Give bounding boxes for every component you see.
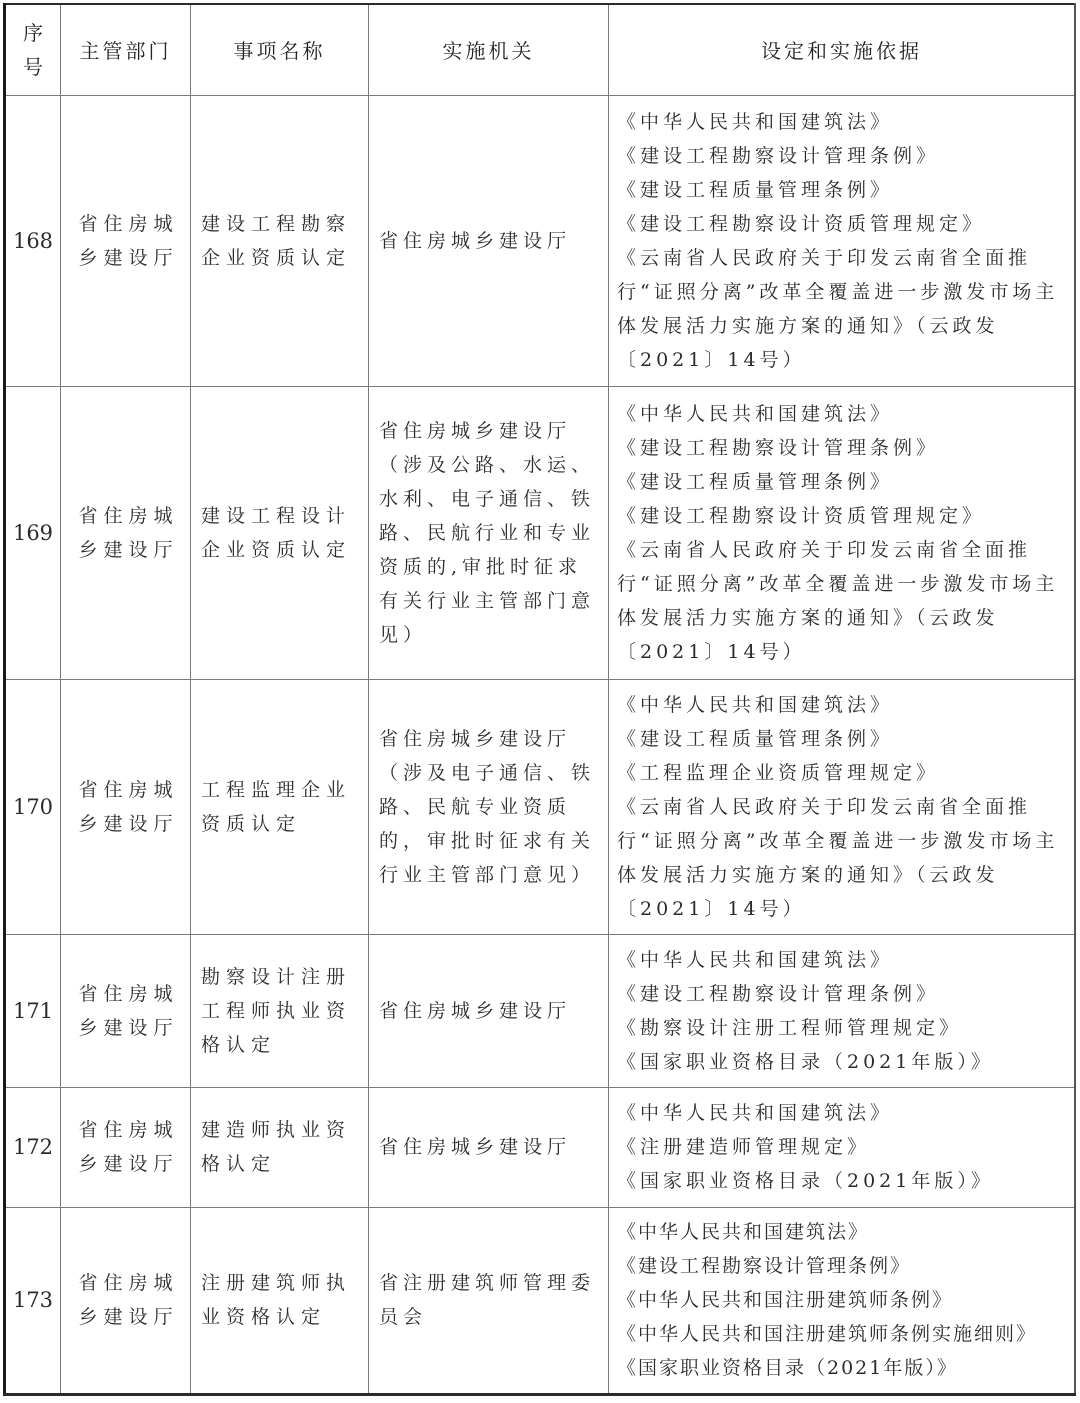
- row-seq: 173: [5, 1207, 61, 1394]
- basis-line: 《建设工程质量管理条例》: [617, 173, 1066, 207]
- org-text: 省住房城乡建设厅: [379, 994, 600, 1028]
- basis-line: 《中华人民共和国注册建筑师条例实施细则》: [617, 1317, 1066, 1351]
- table-row: 173 省住房城乡建设厅 注册建筑师执业资格认定 省注册建筑师管理委员会 《中华…: [5, 1207, 1076, 1394]
- row-dept: 省住房城乡建设厅: [61, 1207, 191, 1394]
- row-item: 注册建筑师执业资格认定: [191, 1207, 369, 1394]
- table-row: 170 省住房城乡建设厅 工程监理企业资质认定 省住房城乡建设厅（涉及电子通信、…: [5, 679, 1076, 934]
- table-row: 171 省住房城乡建设厅 勘察设计注册工程师执业资格认定 省住房城乡建设厅 《中…: [5, 934, 1076, 1087]
- row-org: 省住房城乡建设厅（涉及公路、水运、水利、电子通信、铁路、民航行业和专业资质的,审…: [369, 386, 609, 679]
- row-basis: 《中华人民共和国建筑法》 《建设工程勘察设计管理条例》 《建设工程质量管理条例》…: [609, 95, 1076, 386]
- basis-line: 《国家职业资格目录（2021年版）》: [617, 1351, 1066, 1385]
- dept-text: 省住房城乡建设厅: [67, 1113, 190, 1181]
- item-text: 注册建筑师执业资格认定: [201, 1266, 360, 1334]
- basis-line: 《建设工程勘察设计资质管理规定》: [617, 207, 1066, 241]
- header-seq: 序号: [5, 4, 61, 95]
- basis-line: 《云南省人民政府关于印发云南省全面推行“证照分离”改革全覆盖进一步激发市场主体发…: [617, 790, 1066, 926]
- org-text: 省住房城乡建设厅（涉及公路、水运、水利、电子通信、铁路、民航行业和专业资质的,审…: [379, 414, 600, 652]
- row-seq: 171: [5, 934, 61, 1087]
- row-dept: 省住房城乡建设厅: [61, 1087, 191, 1207]
- item-text: 建设工程设计企业资质认定: [201, 499, 360, 567]
- basis-line: 《建设工程质量管理条例》: [617, 722, 1066, 756]
- basis-line: 《云南省人民政府关于印发云南省全面推行“证照分离”改革全覆盖进一步激发市场主体发…: [617, 241, 1066, 377]
- row-seq: 169: [5, 386, 61, 679]
- basis-line: 《建设工程勘察设计资质管理规定》: [617, 499, 1066, 533]
- row-item: 勘察设计注册工程师执业资格认定: [191, 934, 369, 1087]
- basis-line: 《国家职业资格目录（2021年版）》: [617, 1045, 1066, 1079]
- basis-line: 《中华人民共和国建筑法》: [617, 105, 1066, 139]
- row-basis: 《中华人民共和国建筑法》 《建设工程勘察设计管理条例》 《建设工程质量管理条例》…: [609, 386, 1076, 679]
- row-basis: 《中华人民共和国建筑法》 《建设工程勘察设计管理条例》 《勘察设计注册工程师管理…: [609, 934, 1076, 1087]
- row-dept: 省住房城乡建设厅: [61, 679, 191, 934]
- row-item: 工程监理企业资质认定: [191, 679, 369, 934]
- basis-line: 《工程监理企业资质管理规定》: [617, 756, 1066, 790]
- table-row: 172 省住房城乡建设厅 建造师执业资格认定 省住房城乡建设厅 《中华人民共和国…: [5, 1087, 1076, 1207]
- row-item: 建设工程勘察企业资质认定: [191, 95, 369, 386]
- header-dept: 主管部门: [61, 4, 191, 95]
- row-org: 省注册建筑师管理委员会: [369, 1207, 609, 1394]
- header-org: 实施机关: [369, 4, 609, 95]
- basis-line: 《勘察设计注册工程师管理规定》: [617, 1011, 1066, 1045]
- dept-text: 省住房城乡建设厅: [67, 499, 190, 567]
- basis-line: 《中华人民共和国建筑法》: [617, 1215, 1066, 1249]
- item-text: 工程监理企业资质认定: [201, 773, 360, 841]
- table-row: 168 省住房城乡建设厅 建设工程勘察企业资质认定 省住房城乡建设厅 《中华人民…: [5, 95, 1076, 386]
- basis-line: 《中华人民共和国建筑法》: [617, 688, 1066, 722]
- basis-line: 《国家职业资格目录（2021年版）》: [617, 1164, 1066, 1198]
- org-text: 省住房城乡建设厅: [379, 1130, 600, 1164]
- org-text: 省注册建筑师管理委员会: [379, 1266, 600, 1334]
- row-seq: 168: [5, 95, 61, 386]
- row-dept: 省住房城乡建设厅: [61, 934, 191, 1087]
- table-row: 169 省住房城乡建设厅 建设工程设计企业资质认定 省住房城乡建设厅（涉及公路、…: [5, 386, 1076, 679]
- basis-line: 《建设工程勘察设计管理条例》: [617, 431, 1066, 465]
- basis-line: 《建设工程勘察设计管理条例》: [617, 977, 1066, 1011]
- row-dept: 省住房城乡建设厅: [61, 386, 191, 679]
- row-org: 省住房城乡建设厅: [369, 1087, 609, 1207]
- row-org: 省住房城乡建设厅: [369, 934, 609, 1087]
- row-seq: 170: [5, 679, 61, 934]
- row-basis: 《中华人民共和国建筑法》 《建设工程勘察设计管理条例》 《中华人民共和国注册建筑…: [609, 1207, 1076, 1394]
- row-org: 省住房城乡建设厅（涉及电子通信、铁路、民航专业资质的，审批时征求有关行业主管部门…: [369, 679, 609, 934]
- dept-text: 省住房城乡建设厅: [67, 1266, 190, 1334]
- item-text: 建造师执业资格认定: [201, 1113, 360, 1181]
- basis-line: 《中华人民共和国注册建筑师条例》: [617, 1283, 1066, 1317]
- header-row: 序号 主管部门 事项名称 实施机关 设定和实施依据: [5, 4, 1076, 95]
- administrative-licensing-table: 序号 主管部门 事项名称 实施机关 设定和实施依据 168 省住房城乡建设厅 建…: [3, 3, 1076, 1396]
- dept-text: 省住房城乡建设厅: [67, 977, 190, 1045]
- basis-line: 《中华人民共和国建筑法》: [617, 1096, 1066, 1130]
- item-text: 建设工程勘察企业资质认定: [201, 207, 360, 275]
- dept-text: 省住房城乡建设厅: [67, 773, 190, 841]
- basis-line: 《云南省人民政府关于印发云南省全面推行“证照分离”改革全覆盖进一步激发市场主体发…: [617, 533, 1066, 669]
- header-basis: 设定和实施依据: [609, 4, 1076, 95]
- dept-text: 省住房城乡建设厅: [67, 207, 190, 275]
- basis-line: 《建设工程勘察设计管理条例》: [617, 139, 1066, 173]
- row-basis: 《中华人民共和国建筑法》 《建设工程质量管理条例》 《工程监理企业资质管理规定》…: [609, 679, 1076, 934]
- org-text: 省住房城乡建设厅: [379, 224, 600, 258]
- row-item: 建造师执业资格认定: [191, 1087, 369, 1207]
- basis-line: 《中华人民共和国建筑法》: [617, 397, 1066, 431]
- org-text: 省住房城乡建设厅（涉及电子通信、铁路、民航专业资质的，审批时征求有关行业主管部门…: [379, 722, 600, 892]
- basis-line: 《建设工程质量管理条例》: [617, 465, 1066, 499]
- row-basis: 《中华人民共和国建筑法》 《注册建造师管理规定》 《国家职业资格目录（2021年…: [609, 1087, 1076, 1207]
- header-item: 事项名称: [191, 4, 369, 95]
- basis-line: 《中华人民共和国建筑法》: [617, 943, 1066, 977]
- row-org: 省住房城乡建设厅: [369, 95, 609, 386]
- basis-line: 《建设工程勘察设计管理条例》: [617, 1249, 1066, 1283]
- basis-line: 《注册建造师管理规定》: [617, 1130, 1066, 1164]
- row-seq: 172: [5, 1087, 61, 1207]
- item-text: 勘察设计注册工程师执业资格认定: [201, 960, 360, 1062]
- table-header: 序号 主管部门 事项名称 实施机关 设定和实施依据: [5, 4, 1076, 95]
- row-item: 建设工程设计企业资质认定: [191, 386, 369, 679]
- row-dept: 省住房城乡建设厅: [61, 95, 191, 386]
